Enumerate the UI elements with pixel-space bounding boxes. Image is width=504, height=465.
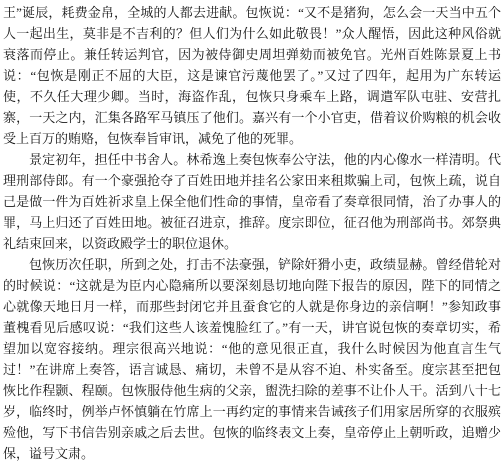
document-screenshot: { "page": { "background_color": "#ffffff… [0,0,504,465]
paragraph-jingding-era: 景定初年，担任中书舍人。林希逸上奏包恢奉公守法，他的内心像水一样清明。代理刑部侍… [3,149,501,254]
document-page: 王”诞辰，耗费金帛，全城的人都去进献。包恢说：“又不是猪狗，怎么会一天当中五个人… [0,0,504,465]
paragraph-career-summary: 包恢历次任职，所到之处，打击不法豪强，铲除奸猾小吏，政绩显赫。曾经借轮对的时候说… [3,254,501,464]
paragraph-continuation: 王”诞辰，耗费金帛，全城的人都去进献。包恢说：“又不是猪狗，怎么会一天当中五个人… [3,2,501,149]
